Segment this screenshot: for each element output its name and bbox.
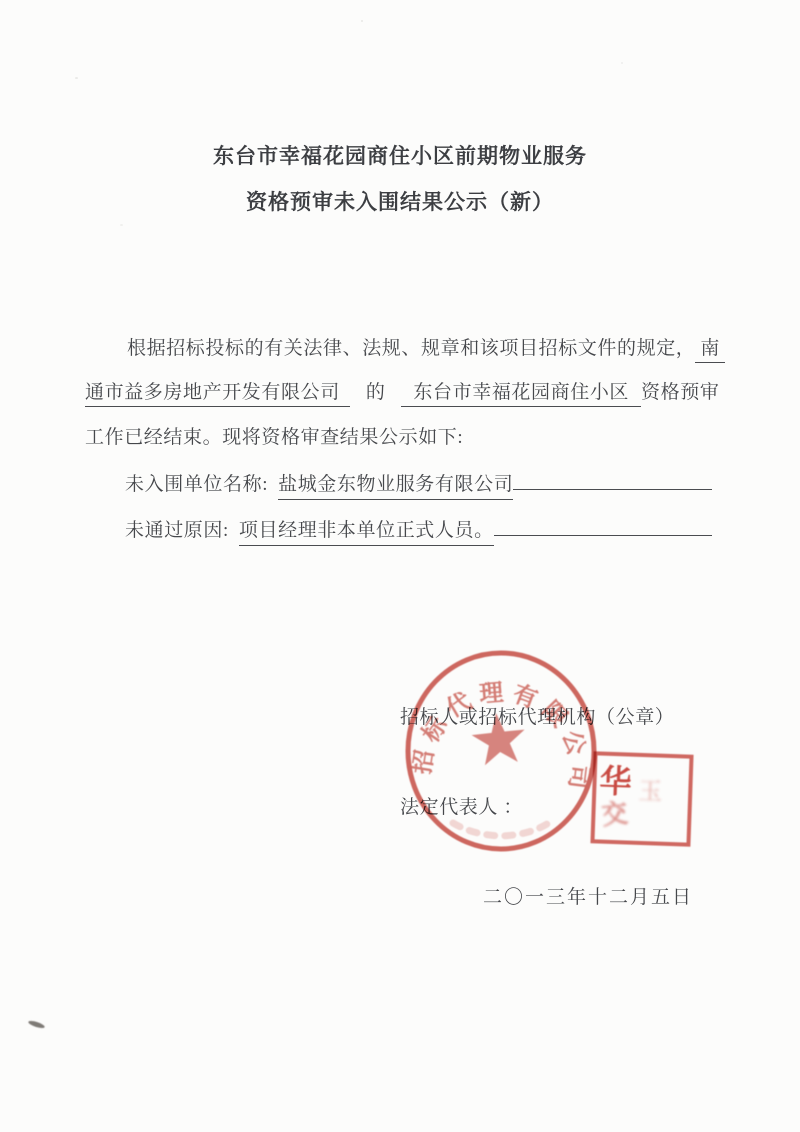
paragraph-line2-mid: 的 [366,382,386,403]
signature-date: 二〇一三年十二月五日 [483,882,693,909]
square-seal-char2: 交 [600,793,630,833]
round-seal-stamp: 招标代理有限公司 [398,645,604,857]
underlined-developer-name: 通市益多房地产开发有限公司 [85,382,350,407]
document-title-line2: 资格预审未入围结果公示（新） [0,186,800,216]
paragraph-line-1: 根据招标投标的有关法律、法规、规章和该项目招标文件的规定，南 [127,333,725,360]
scan-speck [361,20,363,22]
field-row-unit-name: 未入围单位名称: 盐城金东物业服务有限公司 [125,469,712,500]
scan-speck [621,62,623,64]
document-title-line1: 东台市幸福花园商住小区前期物业服务 [0,140,800,170]
underline-extension [494,532,712,536]
field-label-reason: 未通过原因: [125,515,229,542]
round-seal-graphic: 招标代理有限公司 [398,645,604,857]
underline-extension [513,486,712,490]
field-label-unit-name: 未入围单位名称: [125,469,268,496]
underlined-project-name: 东台市幸福花园商住小区 [401,382,641,407]
square-seal-char3: 玉 [638,771,663,807]
scanned-document-page: 东台市幸福花园商住小区前期物业服务 资格预审未入围结果公示（新） 根据招标投标的… [0,0,800,1132]
paragraph-line1-text: 根据招标投标的有关法律、法规、规章和该项目招标文件的规定， [127,338,695,359]
field-row-reason: 未通过原因: 项目经理非本单位正式人员。 [125,515,712,546]
field-value-unit-name: 盐城金东物业服务有限公司 [278,469,513,500]
square-seal-stamp: 华 交 玉 [590,751,693,846]
underlined-text-nan: 南 [695,338,725,363]
paragraph-line2-tail: 资格预审 [641,382,719,403]
seal-star-icon [470,710,528,766]
scan-smudge [28,1019,46,1029]
field-value-reason: 项目经理非本单位正式人员。 [239,515,494,546]
paragraph-line-3: 工作已经结束。现将资格审查结果公示如下: [85,422,463,449]
scan-speck [75,77,78,79]
scan-speck [120,224,123,226]
seal-bottom-text-blur [453,823,547,836]
paragraph-line-2: 通市益多房地产开发有限公司的东台市幸福花园商住小区资格预审 [85,377,719,404]
